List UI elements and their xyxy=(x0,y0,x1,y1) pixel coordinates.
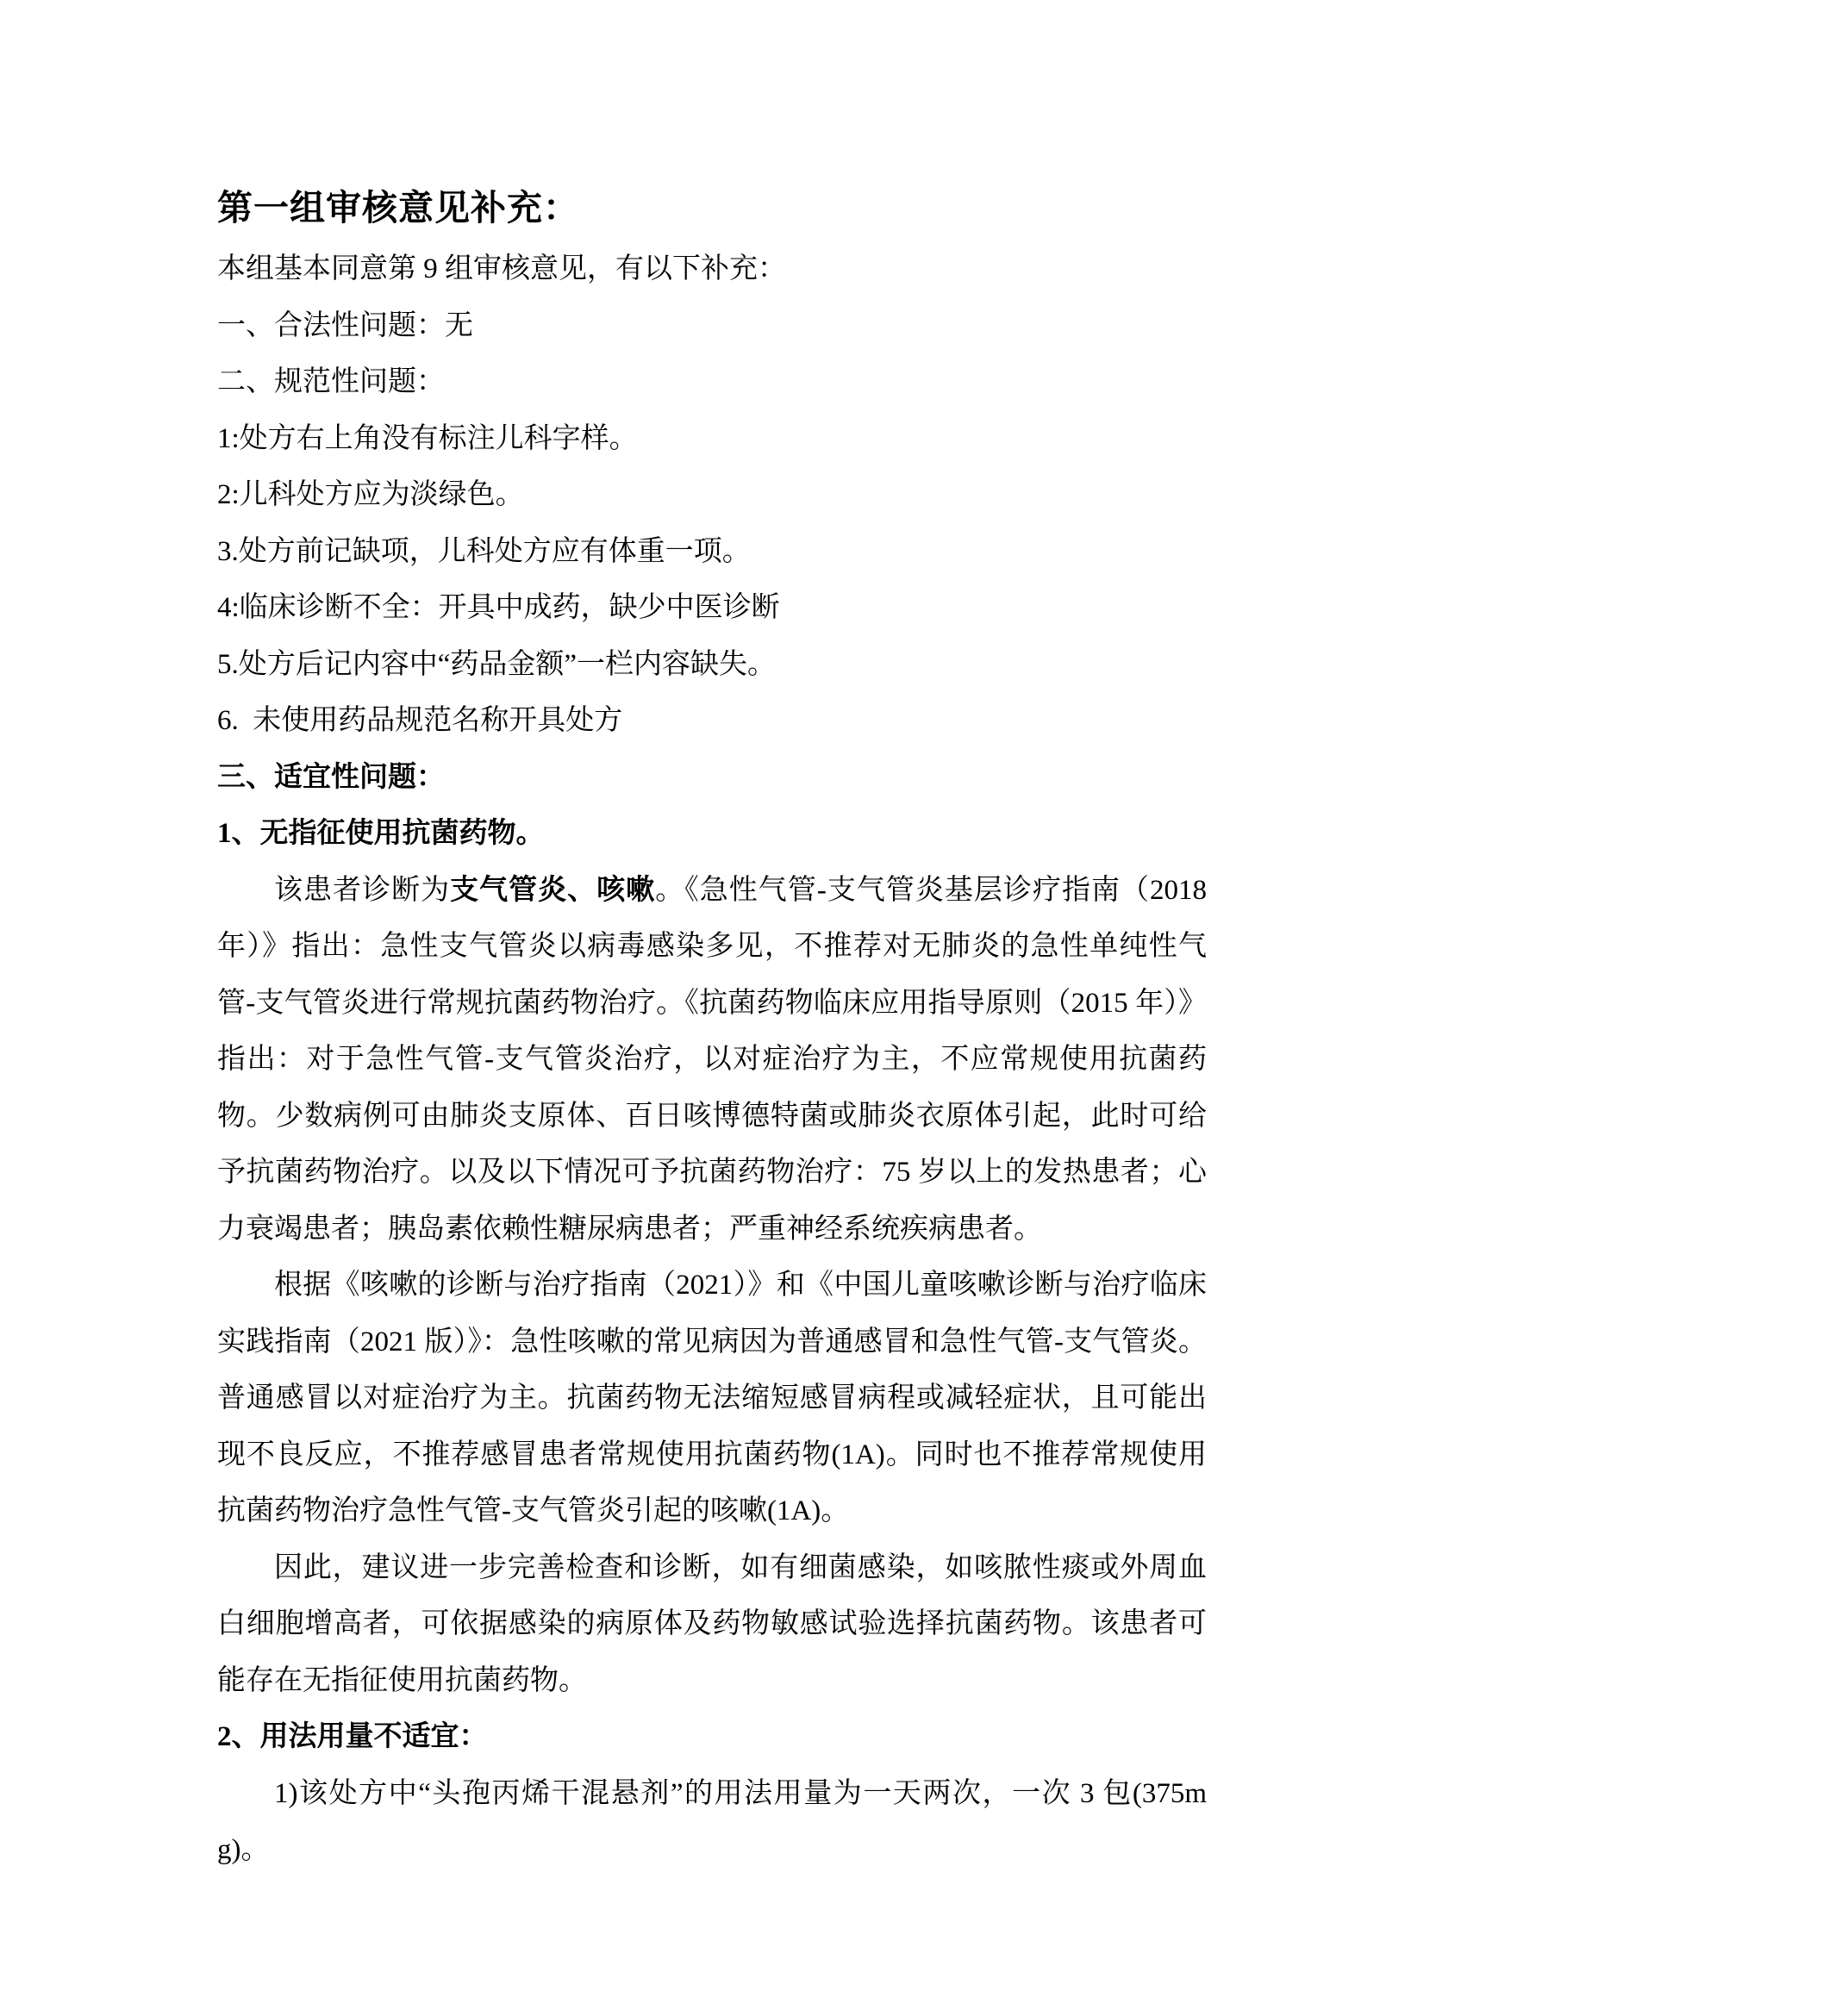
standards-item-1: 1:处方右上角没有标注儿科字样。 xyxy=(217,411,1207,468)
text-run-diagnosis-bold: 支气管炎、咳嗽 xyxy=(450,875,655,906)
text-run-diagnosis-prefix: 该患者诊断为 xyxy=(274,875,450,906)
standards-item-4: 4:临床诊断不全：开具中成药，缺少中医诊断 xyxy=(217,580,1207,637)
standards-item-5: 5.处方后记内容中“药品金额”一栏内容缺失。 xyxy=(217,637,1207,694)
standards-item-3: 3.处方前记缺项，儿科处方应有体重一项。 xyxy=(217,524,1207,581)
standards-item-6: 6. 未使用药品规范名称开具处方 xyxy=(217,693,1207,750)
section-1-legality: 一、合法性问题：无 xyxy=(217,298,1207,355)
section-3-suitability-heading: 三、适宜性问题： xyxy=(217,750,1207,807)
section-2-standards: 二、规范性问题： xyxy=(217,354,1207,411)
suitability-item-2-heading: 2、用法用量不适宜： xyxy=(217,1709,1207,1766)
standards-item-2: 2:儿科处方应为淡绿色。 xyxy=(217,467,1207,524)
document-content: 第一组审核意见补充： 本组基本同意第 9 组审核意见，有以下补充： 一、合法性问… xyxy=(217,174,1207,1879)
dosage-item-1: 1)该处方中“头孢丙烯干混悬剂”的用法用量为一天两次，一次 3 包(375mg)… xyxy=(217,1766,1207,1879)
document-title: 第一组审核意见补充： xyxy=(217,174,1207,241)
document-page: 第一组审核意见补充： 本组基本同意第 9 组审核意见，有以下补充： 一、合法性问… xyxy=(0,0,1848,2016)
suitability-item-1-heading: 1、无指征使用抗菌药物。 xyxy=(217,806,1207,863)
paragraph-conclusion: 因此，建议进一步完善检查和诊断，如有细菌感染，如咳脓性痰或外周血白细胞增高者，可… xyxy=(217,1540,1207,1710)
paragraph-intro: 本组基本同意第 9 组审核意见，有以下补充： xyxy=(217,241,1207,298)
paragraph-antibiotic-analysis: 该患者诊断为支气管炎、咳嗽。《急性气管-支气管炎基层诊疗指南（2018年）》指出… xyxy=(217,863,1207,1258)
text-run-guideline-body: 。《急性气管-支气管炎基层诊疗指南（2018年）》指出：急性支气管炎以病毒感染多… xyxy=(217,875,1207,1245)
paragraph-cough-guideline: 根据《咳嗽的诊断与治疗指南（2021）》和《中国儿童咳嗽诊断与治疗临床实践指南（… xyxy=(217,1258,1207,1540)
